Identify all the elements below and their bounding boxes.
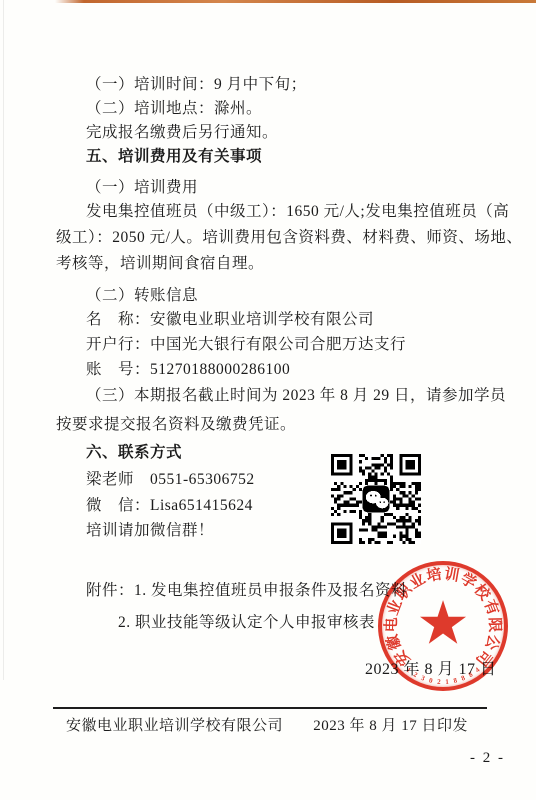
footer-row: 安徽电业职业培训学校有限公司 2023 年 8 月 17 日印发 (66, 714, 468, 735)
wechat-group-line: 培训请加微信群！ (86, 522, 214, 540)
contact-phone-line: 梁老师 0551-65306752 (86, 471, 255, 489)
fee-subheading: （一）培训费用 (86, 179, 198, 197)
deadline-line2: 按要求提交报名资料及缴费凭证。 (56, 416, 296, 434)
footer-issuer: 安徽电业职业培训学校有限公司 (66, 714, 283, 735)
section6-heading: 六、联系方式 (86, 444, 182, 462)
account-name-line: 名 称：安徽电业职业培训学校有限公司 (86, 311, 374, 329)
section5-heading: 五、培训费用及有关事项 (86, 148, 262, 166)
account-number-line: 账 号：51270188000286100 (86, 361, 290, 379)
attachment-line1: 附件：1. 发电集控值班员申报条件及报名资料 (86, 582, 407, 600)
paper-edge-line (3, 0, 4, 680)
page-number: - 2 - (470, 750, 505, 767)
attachment-line2: 2. 职业技能等级认定个人申报审核表 (118, 614, 375, 632)
company-seal: 安徽电业职业培训学校有限公司 1230218884 ★ (378, 561, 508, 691)
footer-rule (53, 707, 487, 709)
body-line-training-place: （二）培训地点：滁州。 (86, 100, 262, 118)
fee-paragraph-line2: 级工）：2050 元/人。培训费用包含资料费、材料费、师资、场地、 (56, 229, 522, 247)
deadline-line1: （三）本期报名截止时间为 2023 年 8 月 29 日，请参加学员 (86, 387, 506, 405)
footer-print-date: 2023 年 8 月 17 日印发 (313, 714, 468, 735)
contact-wechat-line: 微 信：Lisa651415624 (86, 497, 253, 515)
body-line-notice: 完成报名缴费后另行通知。 (86, 124, 278, 142)
body-line-training-time: （一）培训时间：9 月中下旬； (86, 76, 307, 94)
scan-edge-artifact (55, 0, 536, 3)
seal-star-icon: ★ (416, 594, 470, 654)
transfer-subheading: （二）转账信息 (86, 287, 198, 305)
bank-line: 开户行：中国光大银行有限公司合肥万达支行 (86, 336, 406, 354)
wechat-qr-code (331, 454, 421, 544)
fee-paragraph-line3: 考核等，培训期间食宿自理。 (56, 255, 264, 273)
document-page: （一）培训时间：9 月中下旬； （二）培训地点：滁州。 完成报名缴费后另行通知。… (0, 0, 536, 800)
fee-paragraph-line1: 发电集控值班员（中级工）：1650 元/人;发电集控值班员（高 (86, 203, 509, 221)
